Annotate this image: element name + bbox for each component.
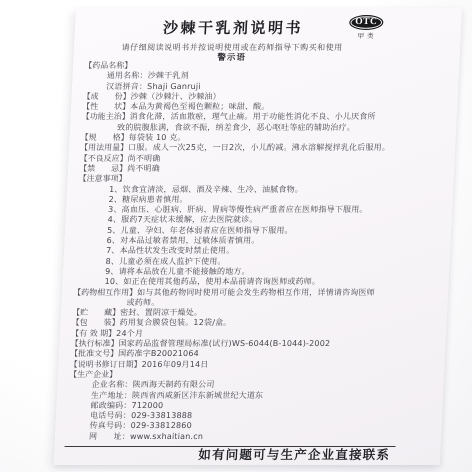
section-text: 9、请将本品放在儿童不能接触的地方。 — [105, 267, 250, 276]
leaflet-line: 企业名称：陕西海天制药有限公司 — [57, 380, 444, 390]
section-label: 【有 效 期】 — [71, 329, 117, 338]
leaflet-line: 【成 份】沙棘（沙棘汁、沙棘油） — [71, 92, 458, 102]
leaflet-line: 传真号码：029-33812860 — [55, 421, 442, 431]
section-text: 药用复合膜袋包装。12袋/盒。 — [119, 318, 231, 327]
section-label: 【成 份】 — [82, 92, 130, 101]
section-text: 4、服药7天症状未缓解，应去医院就诊。 — [107, 215, 257, 224]
leaflet-line: 致的脘腹胀满，食欲不振，纳差食少，恶心呕吐等症的辅助治疗。 — [70, 123, 457, 133]
leaflet-line: 【贮 藏】密封、置阴凉干燥处。 — [61, 308, 448, 318]
section-text: 国药准字B20021064 — [118, 349, 199, 358]
leaflet-header: 沙棘干乳剂说明书 请仔细阅读说明书并按说明使用或在药师指导下购买和使用 警示语 … — [73, 8, 392, 61]
leaflet-line: 3、高血压、心脏病、肝病、胃病等慢性病严重者应在医师指导下服用。 — [66, 205, 453, 215]
section-text: 7、本品性状发生改变时禁止使用。 — [106, 246, 235, 255]
otc-class-label: 甲类 — [345, 31, 386, 41]
section-text: 密封、置阴凉干燥处。 — [120, 308, 202, 317]
section-text: 或药师。 — [126, 298, 159, 307]
section-text: 生产地址：陕西省西咸新区沣东新城世纪大道东 — [91, 391, 264, 400]
leaflet-line: 10、如正在使用其他药品，使用本品前请咨询医师或药师。 — [62, 277, 449, 287]
section-text: 国家药品监督管理局标准(试行)WS-6044(B-1044)-2002 — [118, 339, 330, 348]
section-text: 10、如正在使用其他药品，使用本品前请咨询医师或药师。 — [104, 277, 320, 286]
section-label: 【性 状】 — [82, 102, 130, 111]
leaflet-line: 电话号码：029-33813888 — [56, 411, 443, 421]
leaflet-line: 汉语拼音：Shaji Ganruji — [72, 82, 459, 92]
leaflet-line: 【用法用量】口服。成人一次25克，一日2次，小儿酌减。沸水溶解搅拌乳化后服用。 — [69, 143, 456, 153]
contact-note: 如有问题可与生产企业直接联系 — [54, 450, 441, 460]
leaflet-body: 【药品名称】通用名称：沙棘干乳剂汉语拼音：Shaji Ganruji【成 份】沙… — [55, 61, 460, 442]
section-text: 汉语拼音：Shaji Ganruji — [106, 82, 201, 91]
section-label: 【贮 藏】 — [72, 308, 120, 317]
leaflet-line: 8、儿童必须在成人监护下使用。 — [63, 257, 450, 267]
section-text: 本品为黄褐色至褐色颗粒；味甜、酸。 — [130, 102, 270, 111]
leaflet-line: 7、本品性状发生改变时禁止使用。 — [64, 246, 451, 256]
section-label: 【批准文号】 — [70, 349, 118, 358]
section-text: 6、对本品过敏者禁用，过敏体质者慎用。 — [106, 236, 259, 245]
section-text: 沙棘（沙棘汁、沙棘油） — [130, 92, 221, 101]
leaflet-line: 【执行标准】国家药品监督管理局标准(试行)WS-6044(B-1044)-200… — [59, 339, 446, 349]
section-text: 通用名称：沙棘干乳剂 — [106, 71, 188, 80]
leaflet-line: 网 址：www.sxhaitian.cn — [55, 432, 442, 442]
leaflet-line: 【药品名称】 — [73, 61, 460, 71]
otc-oval-icon: OTC — [349, 15, 384, 30]
section-text: 网 址：www.sxhaitian.cn — [89, 432, 204, 441]
leaflet-line: 【说明书修订日期】2016年09月14日 — [58, 360, 445, 370]
leaflet-paper: 沙棘干乳剂说明书 请仔细阅读说明书并按说明使用或在药师指导下购买和使用 警示语 … — [54, 8, 462, 465]
leaflet-line: 【批准文号】国药准字B20021064 — [59, 349, 446, 359]
section-text: 3、高血压、心脏病、肝病、胃病等慢性病严重者应在医师指导下服用。 — [108, 205, 368, 214]
leaflet-line: 2、糖尿病患者慎用。 — [66, 195, 453, 205]
leaflet-line: 【有 效 期】24个月 — [60, 329, 447, 339]
leaflet-line: 或药师。 — [61, 298, 448, 308]
leaflet-line: 6、对本品过敏者禁用，过敏体质者慎用。 — [64, 236, 451, 246]
leaflet-line: 通用名称：沙棘干乳剂 — [72, 71, 459, 81]
leaflet-line: 【包 装】药用复合膜袋包装。12袋/盒。 — [60, 318, 447, 328]
leaflet-line: 【生产企业】 — [58, 370, 445, 380]
section-label: 【注意事项】 — [78, 174, 126, 183]
section-text: 传真号码：029-33812860 — [89, 421, 192, 430]
section-text: 如与其他药物同时使用可能会发生药物相互作用，详情请咨询医师 — [137, 288, 375, 297]
section-text: 2016年09月14日 — [141, 360, 208, 369]
leaflet-line: 【功能主治】消食化滞，活血散瘀，理气止痛。用于功能性消化不良、小儿厌食所 — [70, 112, 457, 122]
otc-badge: OTC 甲类 — [345, 15, 386, 41]
leaflet-line: 5、儿童、孕妇、年老体弱者应在医师指导下服用。 — [65, 226, 452, 236]
section-text: 尚不明确 — [127, 154, 160, 163]
leaflet-line: 9、请将本品放在儿童不能接触的地方。 — [63, 267, 450, 277]
section-label: 【说明书修订日期】 — [69, 360, 141, 369]
section-label: 【用法用量】 — [80, 143, 128, 152]
section-text: 邮政编码：712000 — [90, 401, 163, 410]
section-text: 消食化滞，活血散瘀，理气止痛。用于功能性消化不良、小儿厌食所 — [129, 112, 375, 121]
section-text: 1、饮食宜清淡，忌烟、酒及辛辣、生冷、油腻食物。 — [109, 185, 303, 194]
section-text: 口服。成人一次25克，一日2次，小儿酌减。沸水溶解搅拌乳化后服用。 — [128, 143, 390, 152]
section-text: 致的脘腹胀满，食欲不振，纳差食少，恶心呕吐等症的辅助治疗。 — [117, 123, 355, 132]
section-label: 【药品名称】 — [84, 61, 132, 70]
section-label: 【生产企业】 — [69, 370, 117, 379]
section-label: 【规 格】 — [80, 133, 128, 142]
section-text: 企业名称：陕西海天制药有限公司 — [91, 380, 214, 389]
leaflet-line: 邮政编码：712000 — [56, 401, 443, 411]
page-title: 沙棘干乳剂说明书 — [75, 20, 392, 37]
section-label: 【功能主治】 — [81, 112, 129, 121]
leaflet-line: 1、饮食宜清淡，忌烟、酒及辛辣、生冷、油腻食物。 — [67, 185, 454, 195]
leaflet-line: 4、服药7天症状未缓解，应去医院就诊。 — [65, 215, 452, 225]
leaflet-line: 【不良反应】尚不明确 — [68, 154, 455, 164]
section-text: 24个月 — [116, 329, 143, 338]
leaflet-line: 【规 格】每袋装 10 克。 — [69, 133, 456, 143]
leaflet-line: 【性 状】本品为黄褐色至褐色颗粒；味甜、酸。 — [71, 102, 458, 112]
leaflet-line: 【注意事项】 — [67, 174, 454, 184]
section-text: 尚不明确 — [127, 164, 160, 173]
section-text: 5、儿童、孕妇、年老体弱者应在医师指导下服用。 — [107, 226, 293, 235]
leaflet-line: 【药物相互作用】如与其他药物同时使用可能会发生药物相互作用，详情请咨询医师 — [62, 288, 449, 298]
section-label: 【不良反应】 — [79, 154, 127, 163]
section-text: 8、儿童必须在成人监护下使用。 — [105, 257, 226, 266]
section-label: 【药物相互作用】 — [73, 288, 137, 297]
section-text: 电话号码：029-33813888 — [90, 411, 193, 420]
section-text: 2、糖尿病患者慎用。 — [108, 195, 188, 204]
leaflet-line: 生产地址：陕西省西咸新区沣东新城世纪大道东 — [57, 391, 444, 401]
section-label: 【包 装】 — [71, 318, 119, 327]
section-label: 【执行标准】 — [70, 339, 118, 348]
leaflet-line: 【禁 忌】尚不明确 — [68, 164, 455, 174]
section-text: 每袋装 10 克。 — [128, 133, 186, 142]
section-label: 【禁 忌】 — [79, 164, 127, 173]
